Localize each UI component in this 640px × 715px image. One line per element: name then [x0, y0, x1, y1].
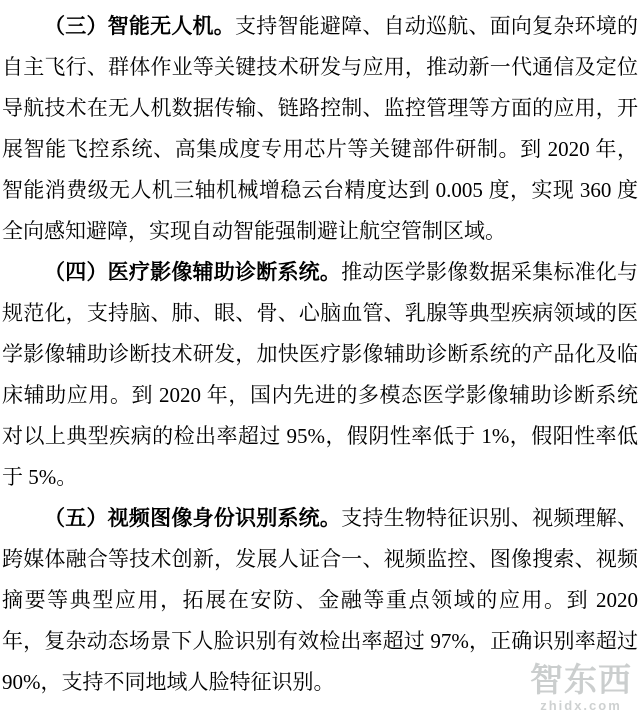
paragraph-video-identification: （五）视频图像身份识别系统。支持生物特征识别、视频理解、跨媒体融合等技术创新，发…	[2, 498, 638, 703]
paragraph-medical-imaging: （四）医疗影像辅助诊断系统。推动医学影像数据采集标准化与规范化，支持脑、肺、眼、…	[2, 252, 638, 498]
paragraph-heading-smart-drones: （三）智能无人机。	[44, 14, 235, 38]
document-page: 智东西 zhidx.com （三）智能无人机。支持智能避障、自动巡航、面向复杂环…	[0, 0, 640, 715]
paragraph-heading-medical-imaging: （四）医疗影像辅助诊断系统。	[44, 260, 341, 284]
paragraph-smart-drones: （三）智能无人机。支持智能避障、自动巡航、面向复杂环境的自主飞行、群体作业等关键…	[2, 6, 638, 252]
paragraph-text-smart-drones: 支持智能避障、自动巡航、面向复杂环境的自主飞行、群体作业等关键技术研发与应用，推…	[2, 14, 638, 243]
paragraph-heading-video-identification: （五）视频图像身份识别系统。	[44, 506, 341, 530]
paragraph-text-medical-imaging: 推动医学影像数据采集标准化与规范化，支持脑、肺、眼、骨、心脑血管、乳腺等典型疾病…	[2, 260, 638, 489]
document-body: （三）智能无人机。支持智能避障、自动巡航、面向复杂环境的自主飞行、群体作业等关键…	[0, 0, 640, 703]
paragraph-text-video-identification: 支持生物特征识别、视频理解、跨媒体融合等技术创新，发展人证合一、视频监控、图像搜…	[2, 506, 638, 694]
